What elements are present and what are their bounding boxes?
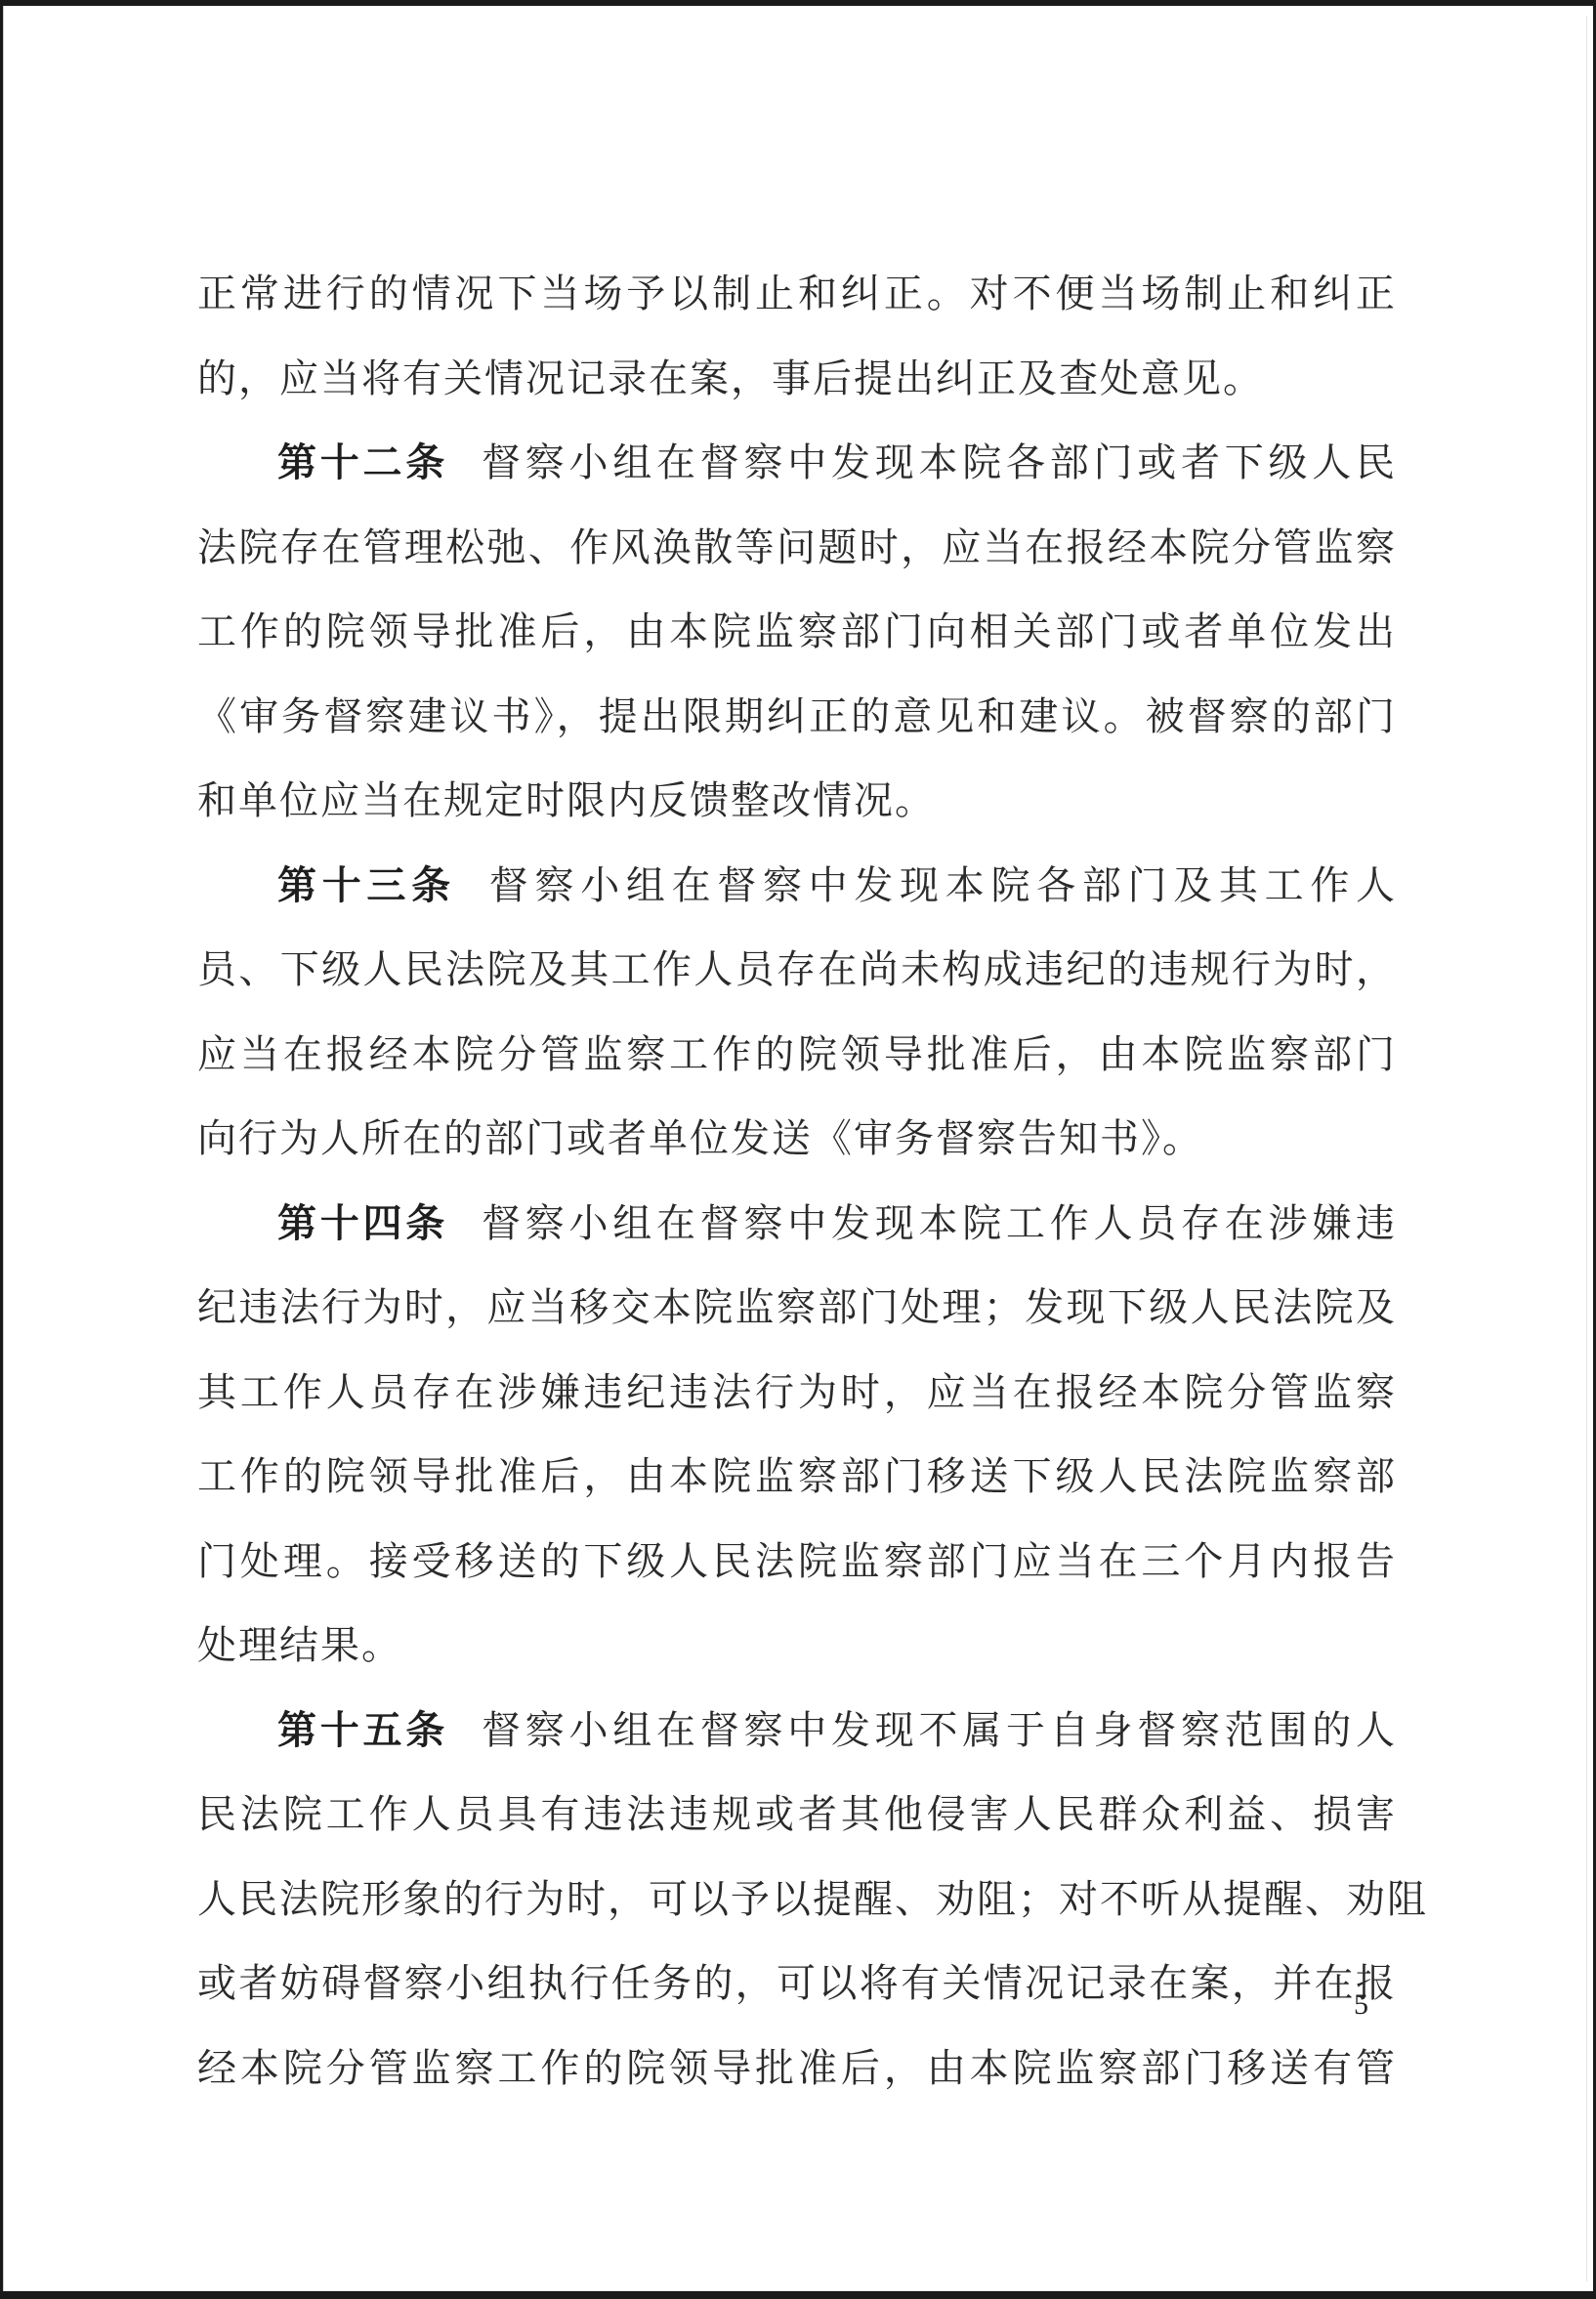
text-line: 员、下级人民法院及其工作人员存在尚未构成违纪的违规行为时， [197, 928, 1397, 1013]
page-number: 5 [1354, 1988, 1368, 2022]
text-line: 工作的院领导批准后，由本院监察部门向相关部门或者单位发出 [197, 590, 1397, 675]
article-first-line: 第十三条督察小组在督察中发现本院各部门及其工作人 [197, 844, 1397, 929]
text-line: 纪违法行为时，应当移交本院监察部门处理；发现下级人民法院及 [197, 1266, 1397, 1351]
article-heading: 第十五条 [277, 1708, 448, 1753]
text-line: 法院存在管理松弛、作风涣散等问题时，应当在报经本院分管监察 [197, 506, 1397, 591]
text-line: 正常进行的情况下当场予以制止和纠正。对不便当场制止和纠正 [197, 252, 1397, 337]
article-text: 督察小组在督察中发现本院各部门及其工作人 [489, 863, 1397, 908]
text-line: 工作的院领导批准后，由本院监察部门移送下级人民法院监察部 [197, 1435, 1397, 1520]
article-14: 第十四条督察小组在督察中发现本院工作人员存在涉嫌违 纪违法行为时，应当移交本院监… [197, 1182, 1397, 1689]
text-line: 应当在报经本院分管监察工作的院领导批准后，由本院监察部门 [197, 1013, 1397, 1098]
text-line: 和单位应当在规定时限内反馈整改情况。 [197, 759, 1397, 844]
article-first-line: 第十四条督察小组在督察中发现本院工作人员存在涉嫌违 [197, 1182, 1397, 1267]
text-line: 向行为人所在的部门或者单位发送《审务督察告知书》。 [197, 1097, 1397, 1182]
document-body: 正常进行的情况下当场予以制止和纠正。对不便当场制止和纠正 的，应当将有关情况记录… [197, 252, 1397, 2111]
text-line: 或者妨碍督察小组执行任务的，可以将有关情况记录在案，并在报 [197, 1942, 1397, 2027]
page-edge [1586, 16, 1587, 2281]
text-line: 其工作人员存在涉嫌违纪违法行为时，应当在报经本院分管监察 [197, 1351, 1397, 1436]
article-first-line: 第十五条督察小组在督察中发现不属于自身督察范围的人 [197, 1689, 1397, 1774]
text-line: 人民法院形象的行为时，可以予以提醒、劝阻；对不听从提醒、劝阻 [197, 1858, 1397, 1943]
article-12: 第十二条督察小组在督察中发现本院各部门或者下级人民 法院存在管理松弛、作风涣散等… [197, 421, 1397, 844]
article-heading: 第十三条 [277, 863, 456, 908]
paragraph-continuation: 正常进行的情况下当场予以制止和纠正。对不便当场制止和纠正 的，应当将有关情况记录… [197, 252, 1397, 421]
article-13: 第十三条督察小组在督察中发现本院各部门及其工作人 员、下级人民法院及其工作人员存… [197, 844, 1397, 1182]
text-line: 经本院分管监察工作的院领导批准后，由本院监察部门移送有管 [197, 2027, 1397, 2111]
article-heading: 第十四条 [277, 1201, 448, 1246]
article-text: 督察小组在督察中发现不属于自身督察范围的人 [482, 1708, 1397, 1753]
article-15: 第十五条督察小组在督察中发现不属于自身督察范围的人 民法院工作人员具有违法违规或… [197, 1689, 1397, 2111]
scanned-page: 正常进行的情况下当场予以制止和纠正。对不便当场制止和纠正 的，应当将有关情况记录… [3, 6, 1593, 2291]
text-line: 的，应当将有关情况记录在案，事后提出纠正及查处意见。 [197, 337, 1397, 422]
text-line: 门处理。接受移送的下级人民法院监察部门应当在三个月内报告 [197, 1520, 1397, 1605]
article-first-line: 第十二条督察小组在督察中发现本院各部门或者下级人民 [197, 421, 1397, 506]
article-text: 督察小组在督察中发现本院各部门或者下级人民 [482, 440, 1397, 485]
text-line: 《审务督察建议书》，提出限期纠正的意见和建议。被督察的部门 [197, 675, 1397, 760]
article-heading: 第十二条 [277, 440, 448, 485]
article-text: 督察小组在督察中发现本院工作人员存在涉嫌违 [482, 1201, 1397, 1246]
text-line: 民法院工作人员具有违法违规或者其他侵害人民群众利益、损害 [197, 1773, 1397, 1858]
text-line: 处理结果。 [197, 1604, 1397, 1689]
